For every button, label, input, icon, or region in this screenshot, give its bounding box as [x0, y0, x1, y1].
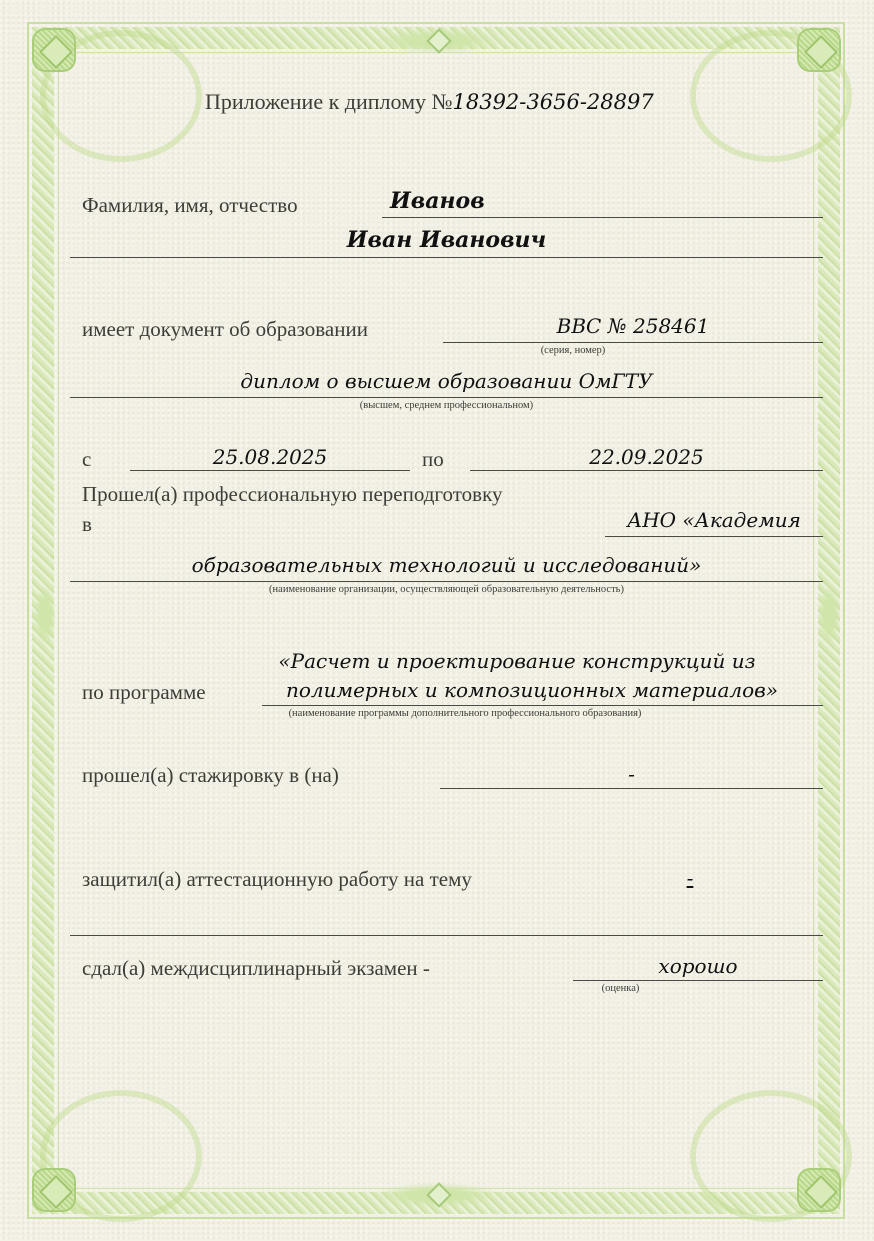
thesis-value: - — [680, 866, 700, 890]
program-name-line2: полимерных и композиционных материалов» — [262, 678, 802, 702]
retraining-in-label: в — [82, 512, 92, 537]
organization-line2-underline — [70, 581, 823, 582]
education-doc-type-hint: (высшем, среднем профессиональном) — [70, 400, 823, 411]
document-title: Приложение к диплому №18392-3656-28897 — [205, 89, 654, 115]
exam-label: сдал(а) междисциплинарный экзамен - — [82, 956, 430, 981]
internship-underline — [440, 788, 823, 789]
diploma-number: 18392-3656-28897 — [452, 90, 653, 114]
organization-hint: (наименование организации, осуществляюще… — [70, 584, 823, 595]
corner-ornament-icon — [797, 1168, 841, 1212]
organization-line1-underline — [605, 536, 823, 537]
exam-grade: хорошо — [573, 954, 823, 978]
top-center-ornament-icon — [372, 28, 502, 54]
education-doc-type-underline — [70, 397, 823, 398]
internship-label: прошел(а) стажировку в (на) — [82, 763, 339, 788]
period-to-label: по — [422, 447, 444, 472]
program-label: по программе — [82, 680, 206, 705]
certificate-page: Приложение к диплому №18392-3656-28897 Ф… — [0, 0, 874, 1241]
exam-grade-hint: (оценка) — [573, 983, 668, 994]
document-title-prefix: Приложение к диплому № — [205, 89, 452, 114]
corner-ornament-icon — [797, 28, 841, 72]
period-from-underline — [130, 470, 410, 471]
period-from-label: с — [82, 447, 91, 472]
corner-ornament-icon — [32, 1168, 76, 1212]
program-name-line1: «Расчет и проектирование конструкций из — [262, 649, 772, 673]
education-doc-label: имеет документ об образовании — [82, 317, 368, 342]
last-name-underline — [382, 217, 823, 218]
program-underline — [262, 705, 823, 706]
fio-label: Фамилия, имя, отчество — [82, 193, 298, 218]
bottom-center-ornament-icon — [372, 1182, 502, 1208]
thesis-label: защитил(а) аттестационную работу на тему — [82, 867, 472, 892]
first-middle-name-underline — [70, 257, 823, 258]
frame-inner-line — [58, 52, 814, 1189]
period-to-underline — [470, 470, 823, 471]
thesis-underline — [70, 935, 823, 936]
education-doc-series-number: ВВС № 258461 — [443, 314, 823, 338]
last-name-value: Иванов — [390, 188, 485, 214]
first-middle-name-value: Иван Иванович — [70, 227, 823, 253]
exam-grade-underline — [573, 980, 823, 981]
internship-value: - — [440, 762, 823, 786]
program-hint: (наименование программы дополнительного … — [200, 708, 730, 719]
series-number-hint: (серия, номер) — [443, 345, 703, 356]
corner-ornament-icon — [32, 28, 76, 72]
organization-name-line2: образовательных технологий и исследовани… — [70, 553, 823, 577]
retraining-label: Прошел(а) профессиональную переподготовк… — [82, 482, 502, 507]
period-from-date: 25.08.2025 — [130, 445, 410, 469]
period-to-date: 22.09.2025 — [470, 445, 823, 469]
left-side-ornament-icon — [34, 585, 56, 645]
education-doc-underline — [443, 342, 823, 343]
education-doc-type: диплом о высшем образовании ОмГТУ — [70, 369, 823, 393]
organization-name-line1: АНО «Академия — [605, 508, 823, 532]
